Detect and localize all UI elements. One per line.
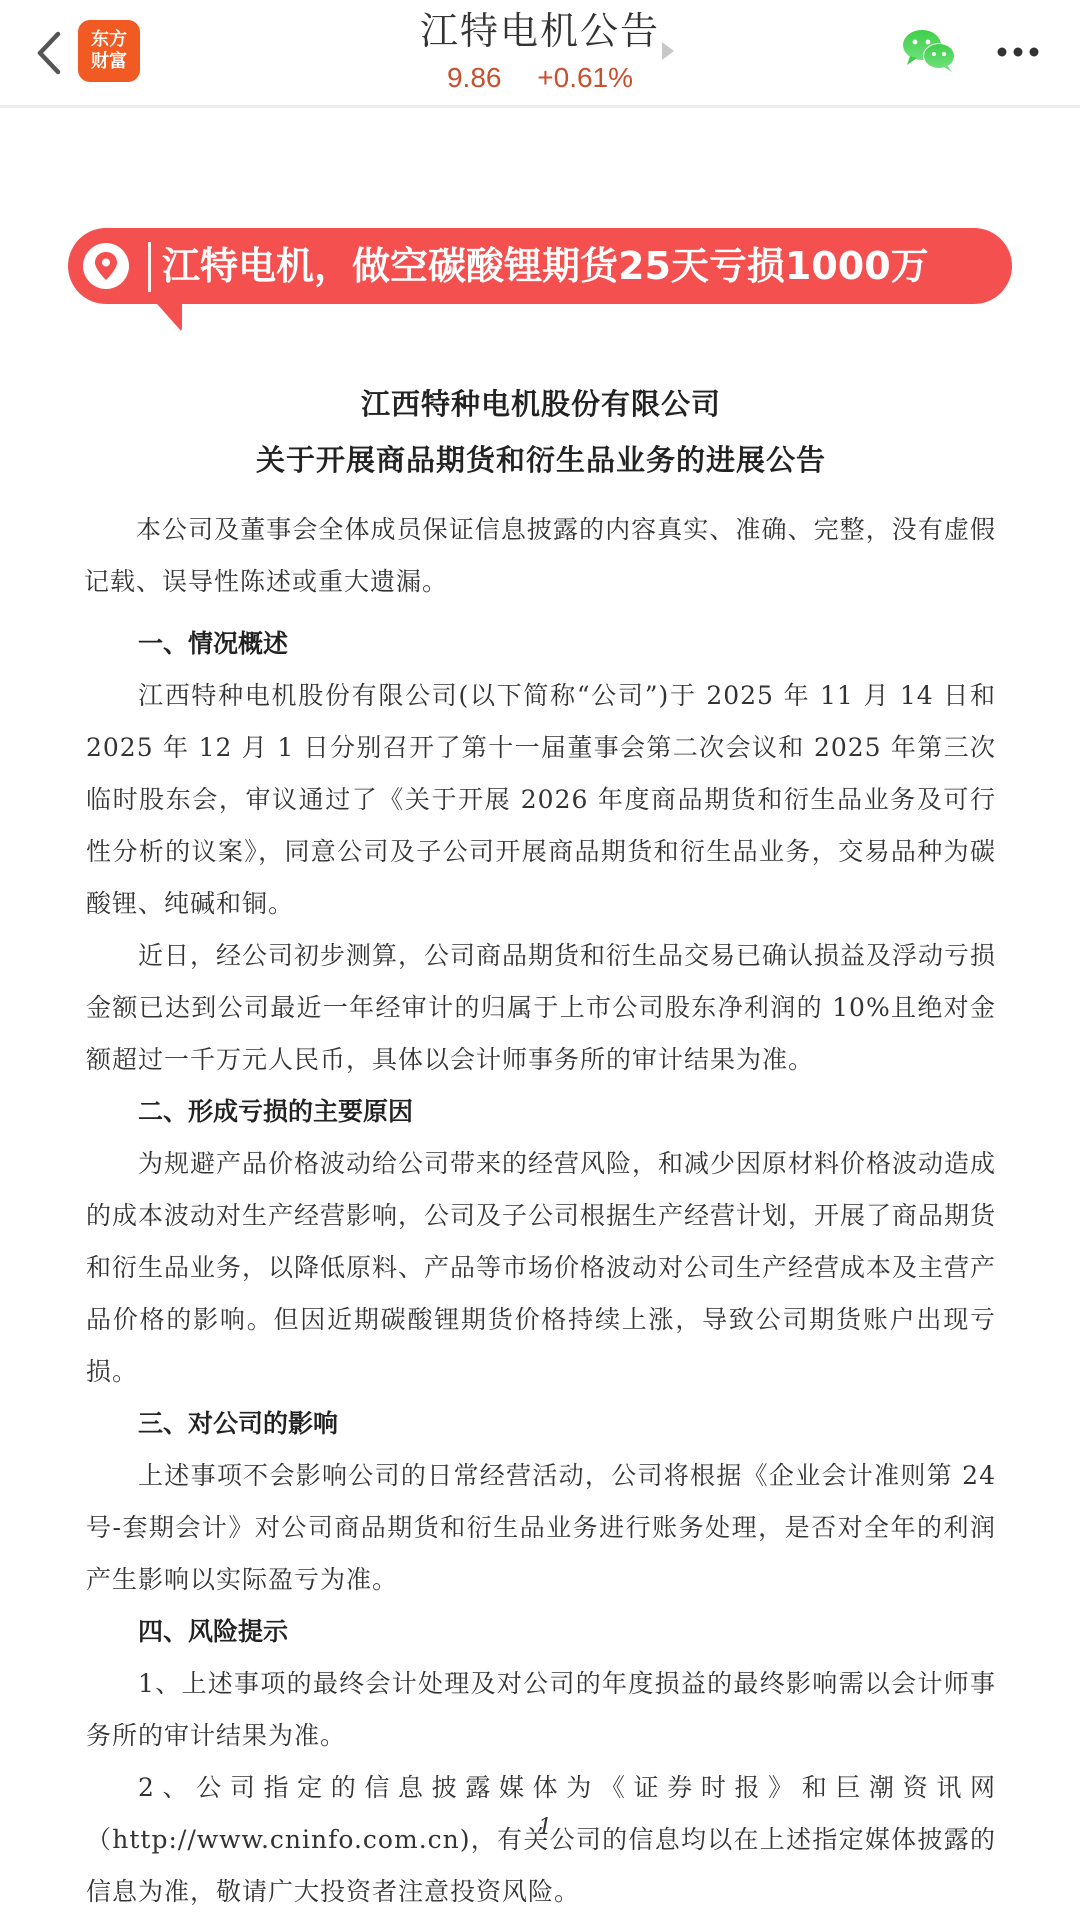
document-title-subject: 关于开展商品期货和衍生品业务的进展公告 bbox=[86, 432, 996, 488]
banner-speech-tail bbox=[150, 296, 182, 332]
banner-divider bbox=[148, 242, 151, 292]
section-heading-loss-reason: 二、形成亏损的主要原因 bbox=[86, 1086, 996, 1138]
wechat-icon bbox=[900, 28, 960, 74]
page-title: 江特电机公告 bbox=[420, 6, 660, 56]
section-heading-overview: 一、情况概述 bbox=[86, 618, 996, 670]
location-pin-icon bbox=[82, 242, 130, 290]
page-number: 1 bbox=[538, 1815, 552, 1840]
document-title-company: 江西特种电机股份有限公司 bbox=[86, 376, 996, 432]
section-heading-risk: 四、风险提示 bbox=[86, 1606, 996, 1658]
loss-reason-paragraph: 为规避产品价格波动给公司带来的经营风险，和减少因原材料价格波动造成的成本波动对生… bbox=[86, 1138, 996, 1398]
announcement-document: 江西特种电机股份有限公司 关于开展商品期货和衍生品业务的进展公告 本公司及董事会… bbox=[86, 376, 996, 1882]
title-expand-arrow-icon[interactable] bbox=[662, 42, 674, 60]
impact-paragraph: 上述事项不会影响公司的日常经营活动，公司将根据《企业会计准则第 24 号-套期会… bbox=[86, 1450, 996, 1606]
section-heading-impact: 三、对公司的影响 bbox=[86, 1398, 996, 1450]
stock-change-pct: +0.61% bbox=[537, 62, 633, 93]
more-icon bbox=[996, 45, 1040, 59]
overview-paragraph-1: 江西特种电机股份有限公司(以下简称“公司”)于 2025 年 11 月 14 日… bbox=[86, 670, 996, 930]
more-button[interactable] bbox=[996, 44, 1040, 58]
top-nav-bar: 东方 财富 江特电机公告 9.86 +0.61% bbox=[0, 0, 1080, 108]
headline-text: 江特电机，做空碳酸锂期货25天亏损1000万 bbox=[162, 236, 929, 296]
wechat-share-button[interactable] bbox=[900, 28, 960, 74]
stock-price: 9.86 bbox=[447, 62, 502, 93]
overview-paragraph-2: 近日，经公司初步测算，公司商品期货和衍生品交易已确认损益及浮动亏损金额已达到公司… bbox=[86, 930, 996, 1086]
risk-paragraph-1: 1、上述事项的最终会计处理及对公司的年度损益的最终影响需以会计师事务所的审计结果… bbox=[86, 1658, 996, 1762]
headline-banner: 江特电机，做空碳酸锂期货25天亏损1000万 bbox=[68, 228, 1012, 304]
disclaimer-paragraph: 本公司及董事会全体成员保证信息披露的内容真实、准确、完整，没有虚假记载、误导性陈… bbox=[84, 504, 996, 608]
